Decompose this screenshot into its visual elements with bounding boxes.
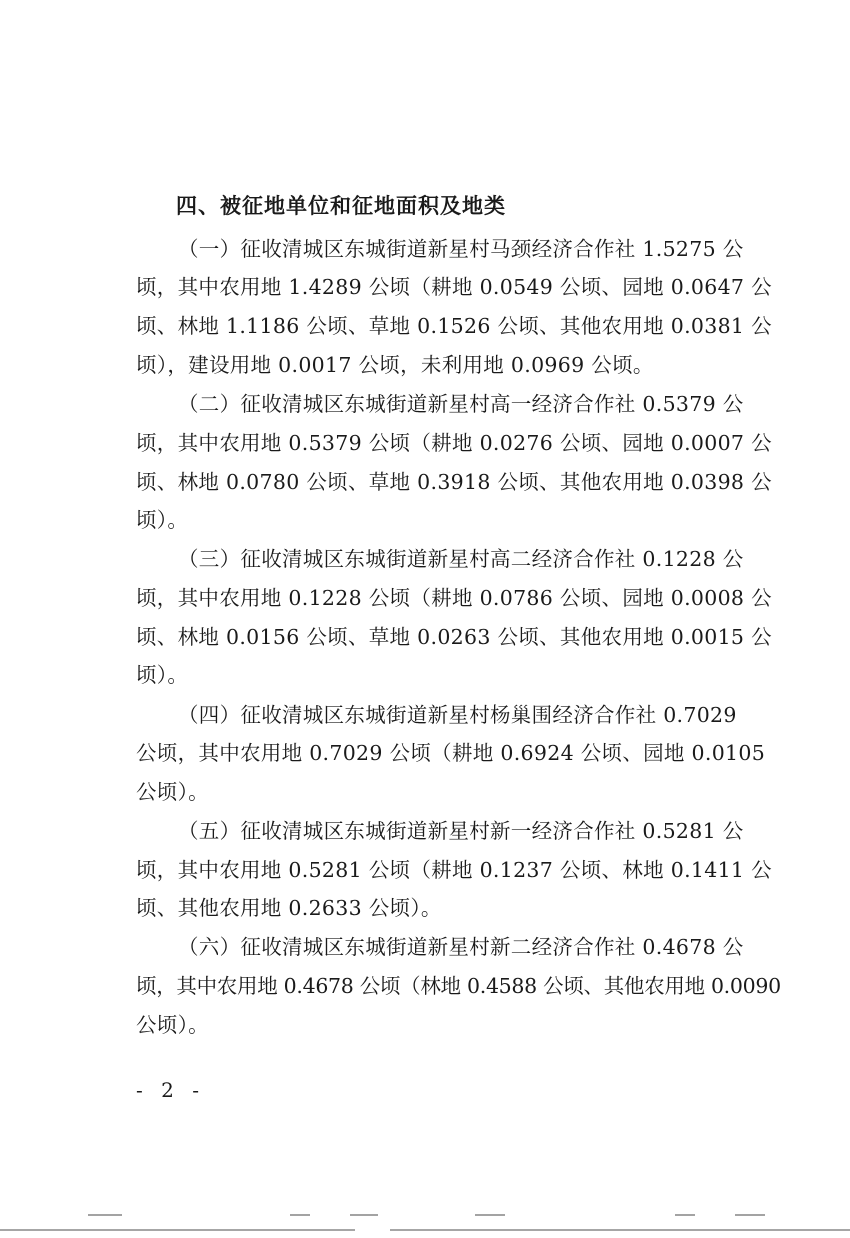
paragraph-5-line-3: 顷、其他农用地 0.2633 公顷）。 [136, 891, 736, 921]
paragraph-4-line-2: 公顷，其中农用地 0.7029 公顷（耕地 0.6924 公顷、园地 0.010… [136, 736, 736, 766]
paragraph-6-line-3: 公顷）。 [136, 1008, 736, 1038]
paragraph-1-line-2: 顷，其中农用地 1.4289 公顷（耕地 0.0549 公顷、园地 0.0647… [136, 270, 736, 300]
scan-artifact-line [0, 1229, 355, 1231]
paragraph-2-line-4: 顷）。 [136, 503, 736, 533]
paragraph-2-line-3: 顷、林地 0.0780 公顷、草地 0.3918 公顷、其他农用地 0.0398… [136, 465, 736, 495]
scan-artifact-mark [675, 1214, 695, 1216]
paragraph-1-line-4: 顷），建设用地 0.0017 公顷，未利用地 0.0969 公顷。 [136, 348, 736, 378]
paragraph-3-line-3: 顷、林地 0.0156 公顷、草地 0.0263 公顷、其他农用地 0.0015… [136, 620, 736, 650]
paragraph-1-line-1: （一）征收清城区东城街道新星村马颈经济合作社 1.5275 公 [178, 232, 734, 262]
paragraph-4-line-3: 公顷）。 [136, 775, 736, 805]
paragraph-5-line-1: （五）征收清城区东城街道新星村新一经济合作社 0.5281 公 [178, 814, 734, 844]
paragraph-4-line-1: （四）征收清城区东城街道新星村杨巢围经济合作社 0.7029 [178, 698, 734, 728]
scan-artifact-mark [735, 1214, 765, 1216]
page-number: - 2 - [136, 1078, 205, 1102]
paragraph-1-line-3: 顷、林地 1.1186 公顷、草地 0.1526 公顷、其他农用地 0.0381… [136, 309, 736, 339]
paragraph-3-line-2: 顷，其中农用地 0.1228 公顷（耕地 0.0786 公顷、园地 0.0008… [136, 581, 736, 611]
scan-artifact-mark [290, 1214, 310, 1216]
paragraph-2-line-1: （二）征收清城区东城街道新星村高一经济合作社 0.5379 公 [178, 387, 734, 417]
paragraph-6-line-1: （六）征收清城区东城街道新星村新二经济合作社 0.4678 公 [178, 930, 734, 960]
scan-artifact-mark [475, 1214, 505, 1216]
scan-artifact-mark [88, 1214, 122, 1216]
scan-artifact-line [390, 1229, 850, 1231]
paragraph-3-line-4: 顷）。 [136, 658, 736, 688]
section-heading: 四、被征地单位和征地面积及地类 [176, 190, 506, 220]
paragraph-6-line-2: 顷，其中农用地 0.4678 公顷（林地 0.4588 公顷、其他农用地 0.0… [136, 969, 736, 999]
paragraph-3-line-1: （三）征收清城区东城街道新星村高二经济合作社 0.1228 公 [178, 542, 734, 572]
scan-artifact-mark [350, 1214, 378, 1216]
paragraph-2-line-2: 顷，其中农用地 0.5379 公顷（耕地 0.0276 公顷、园地 0.0007… [136, 426, 736, 456]
paragraph-5-line-2: 顷，其中农用地 0.5281 公顷（耕地 0.1237 公顷、林地 0.1411… [136, 853, 736, 883]
document-page: 四、被征地单位和征地面积及地类 （一）征收清城区东城街道新星村马颈经济合作社 1… [0, 0, 850, 1238]
